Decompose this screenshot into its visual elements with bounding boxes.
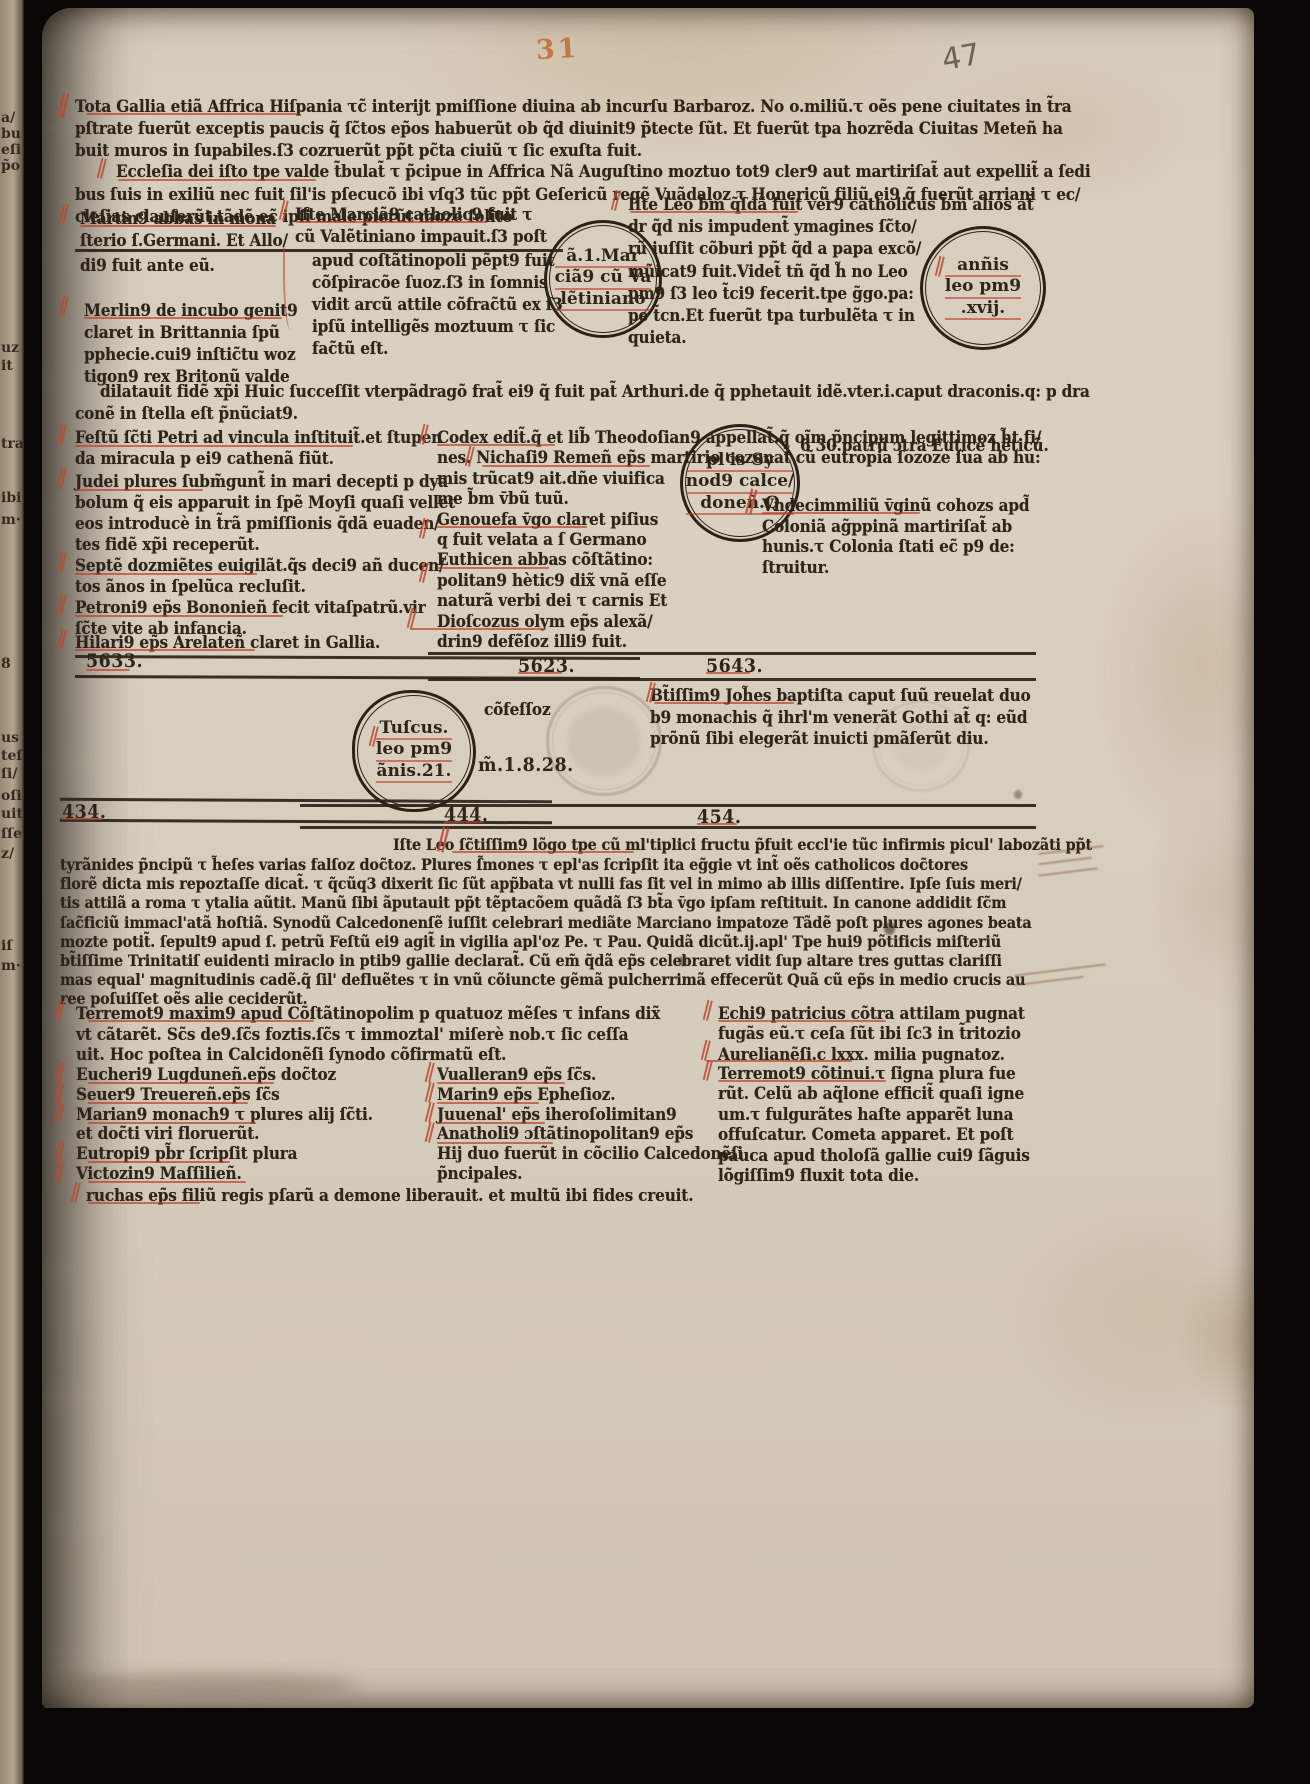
edge-fragment: ibi: [1, 490, 23, 506]
rubric-underline: [697, 823, 737, 825]
text-line: Coloniã ag̃ppinã martiriſat̃ ab: [762, 517, 1029, 538]
text-line: p̃ncipales.: [437, 1165, 743, 1185]
text-line: florẽ dicta mis repoztaſſe dicat̃. τ q̃c…: [60, 874, 1032, 893]
text-line: bolum q̃ eis apparuit in ſpẽ Moyſi quaſi…: [75, 493, 455, 514]
entry-undecim-milium: Vndecimmiliũ v̄ginũ cohozs apd̃Coloniã a…: [762, 496, 1029, 578]
edge-fragment: tra: [1, 436, 23, 452]
text-line: hunis.τ Colonia ſtati ec̃ p9 de:: [762, 537, 1029, 558]
text-line: mozte potit̃. ſepult9 apud ſ. petrũ Feſt…: [60, 932, 1032, 951]
text-line: ipſũ intelligẽs moztuum τ ſic: [312, 316, 563, 338]
text-line: bt̃iſſime Trinitatiſ euidenti miraclo in…: [60, 951, 1032, 970]
rubric-underline: [88, 1161, 230, 1163]
entry-festum: Feſtũ ſc̃ti Petri ad vincula inſtituit̃.…: [75, 428, 442, 470]
edge-fragment: ſi/: [1, 766, 23, 782]
text-line: ſtruitur.: [762, 558, 1029, 579]
rubric-underline: [437, 1122, 545, 1124]
rubric-underline: [118, 179, 316, 181]
roundel-marcianus-text: ã.1.Marciã9 cũ Valẽtiniano: [555, 247, 652, 312]
text-line: pſtrate fuerũt exceptis paucis q̃ ſc̃tos…: [75, 118, 1071, 140]
rubric-underline: [482, 465, 650, 467]
edge-fragment: a/: [1, 110, 23, 126]
marginal-handwriting: [1014, 960, 1106, 982]
text-line: eos introducè in t̃rã pmiſſionis q̃dã eu…: [75, 514, 455, 535]
rubric-underline: [75, 445, 353, 447]
text-line: fugãs eũ.τ ceſa ſũt ibi ſc3 in t̃ritozio: [718, 1024, 1025, 1044]
entry-echius: Echi9 patricius cõtra attilam pugnatfugã…: [718, 1004, 1025, 1065]
text-line: ãnis.21.: [376, 762, 452, 784]
column-merlinus: Merlin9 de incubo genit9claret in Britta…: [84, 300, 298, 388]
rubric-underline: [410, 628, 546, 630]
column-marcianus-top: Iſte Marciã9 catholic9 fuit τcũ Valẽtini…: [295, 204, 547, 248]
text-line: da miracula p ei9 cathenã fiũt.: [75, 449, 442, 470]
scanned-incunabulum-page: a/ bu eſi p̃o uz it tra ibi m· 8 us teſ …: [0, 0, 1310, 1784]
rubric-underline: [452, 851, 634, 853]
label-confessor: cõfeſſoz: [484, 700, 550, 720]
timeline-rule: [300, 826, 1036, 829]
edge-fragment: m·: [1, 958, 23, 974]
edge-fragment: it: [1, 358, 23, 374]
text-line: offuſcatur. Cometa apparet. Et poſt: [718, 1125, 1030, 1145]
rubric-underline: [762, 512, 920, 514]
entry-judei: Judei plures ſubm̃gunt̃ in mari decepti …: [75, 472, 455, 556]
column-marcianus-bottom: apud coſtãtinopoli pẽpt9 fuitcõſpiracõe …: [312, 250, 563, 360]
entry-terremotus-signa: Terremot9 cõtinui.τ ſigna plura fuerũt. …: [718, 1064, 1030, 1186]
text-line: anñis: [945, 256, 1021, 278]
text-line: Bt̃iſſim9 Joh̃es baptiſta caput ſuũ reue…: [650, 686, 1031, 708]
text-line: pauca apud tholoſã gallie cui9 ſãguis: [718, 1146, 1030, 1166]
rubric-underline: [75, 649, 255, 651]
edge-fragment: oſi: [1, 788, 23, 804]
text-line: cõſpiracõe ſuoz.ſ3 in ſomnis: [312, 272, 563, 294]
rubric-underline: [62, 818, 102, 820]
roundel-synod-text: pl'is Synod9 calce/doneñ.Q: [686, 451, 795, 516]
column-martinus: Martin9 abbas in monaſterio ſ.Germani. E…: [80, 208, 288, 252]
entry-septem-dormientes: Septẽ dozmiẽtes euigilãt.q̃s deci9 añ du…: [75, 556, 444, 598]
rubric-underline: [437, 567, 549, 569]
edge-fragment: teſ: [1, 748, 23, 764]
edge-fragment: eſi: [1, 142, 23, 158]
edge-fragment: ſſet: [1, 826, 23, 842]
text-line: Tuſcus.: [376, 719, 452, 741]
rubric-underline: [444, 821, 484, 823]
edge-fragment: p̃o: [1, 158, 23, 174]
rubric-underline: [437, 444, 555, 446]
rubric-underline: [88, 1202, 200, 1204]
text-line: et doc̃ti viri floruerũt.: [76, 1125, 373, 1145]
rubric-underline: [75, 489, 203, 491]
rubric-underline: [437, 1102, 539, 1104]
paragraph-baptista: Bt̃iſſim9 Joh̃es baptiſta caput ſuũ reue…: [650, 686, 1031, 751]
rubric-underline: [88, 1020, 314, 1022]
text-line: Aurelianẽſi.c lxxx. milia pugnatoz.: [718, 1045, 1025, 1065]
edge-fragment: uz: [1, 340, 23, 356]
text-line: ſac̃ficiũ immacl'atã hoſtiã. Synodũ Calc…: [60, 913, 1032, 932]
paragraph-leo-magnus: tyrãnides p̃ncipũ τ h̃eſes varias falſoz…: [60, 855, 1032, 1009]
text-line: b9 monachis q̃ ihrl'm venerãt Gothi at̃ …: [650, 708, 1031, 730]
text-line: buit muros in ſupabiles.ſ3 cozruerũt pp̃…: [75, 140, 1071, 162]
rubric-underline: [88, 1181, 246, 1183]
edge-fragment: bu: [1, 126, 23, 142]
line-dilatauit-2: conẽ in ſtella eſt p̃nũciat9.: [75, 404, 298, 424]
text-line: ã.1.Mar: [555, 247, 652, 269]
entry-terremotus-constantinople: Terremot9 maxim9 apud Cõſtãtinopolim p q…: [76, 1004, 660, 1066]
column-martinus-after: di9 fuit ante eũ.: [80, 256, 215, 276]
rubric-underline: [296, 221, 488, 223]
rubric-underline: [88, 1102, 248, 1104]
rubric-underline: [654, 702, 794, 704]
rubric-underline: [88, 1082, 274, 1084]
text-line: vt cãtarẽt. Sc̃s de9.ſc̃s foztis.ſc̃s τ …: [76, 1025, 660, 1046]
folio-number-pencil: 47: [939, 37, 983, 78]
text-line: tyrãnides p̃ncipũ τ h̃eſes varias falſoz…: [60, 855, 1032, 874]
rubric-underline: [80, 225, 276, 227]
text-line: prõnũ ſibi elegerãt inuicti pmãſerũt diu…: [650, 729, 1031, 751]
text-line: uit. Hoc poſtea in Calcidonẽſi ſynodo cõ…: [76, 1045, 660, 1066]
roundel-leo-years-text: anñisleo pm9.xvij.: [945, 256, 1021, 321]
roundel-marcianus: ã.1.Marciã9 cũ Valẽtiniano: [544, 220, 662, 338]
edge-fragment: us: [1, 730, 23, 746]
roundel-leo-years: anñisleo pm9.xvij.: [920, 226, 1046, 350]
line-630-patrum: 6 30.patrũ ɔtra Euticẽ hẽticũ.: [800, 436, 1049, 456]
edge-fragment: z/: [1, 846, 23, 862]
marginal-handwriting: [1038, 840, 1104, 873]
column-rule: [75, 249, 563, 252]
text-line: tes fidẽ xp̃i receperũt.: [75, 535, 455, 556]
text-line: claret in Brittannia ſpũ: [84, 322, 298, 344]
text-line: lẽtiniano: [555, 290, 652, 312]
text-line: rũt. Celũ ab aq̃lone efficit̃ quaſi igne: [718, 1084, 1030, 1104]
text-line: tis attilã a roma τ ytalia aũtit. Manũ ſ…: [60, 893, 1032, 912]
rubric-underline: [88, 1122, 256, 1124]
text-line: ciã9 cũ Va: [555, 268, 652, 290]
text-line: drin9 defẽſoz illi9 fuit.: [437, 632, 1041, 652]
edge-fragment: iſ: [1, 938, 23, 954]
rubric-underline: [718, 1080, 886, 1082]
edge-fragment: m·: [1, 512, 23, 528]
opposite-page-edge: a/ bu eſi p̃o uz it tra ibi m· 8 us teſ …: [0, 0, 24, 1784]
text-line: vidit arcũ attile cõfrac̃tũ ex ſ3: [312, 294, 563, 316]
text-line: lõgiſſim9 fluxit tota die.: [718, 1166, 1030, 1186]
text-line: leo pm9: [376, 740, 452, 762]
text-line: Hij duo fuerũt in cõcilio Calcedonẽſi: [437, 1145, 743, 1165]
text-line: cũ Valẽtiniano impauit.ſ3 poſt: [295, 226, 547, 248]
rubric-underline: [75, 573, 257, 575]
rubric-underline: [437, 1142, 553, 1144]
text-line: leo pm9: [945, 277, 1021, 299]
text-line: um.τ fulgurãtes haſte apparẽt luna: [718, 1105, 1030, 1125]
text-line: nod9 calce/: [686, 472, 795, 494]
text-line: .xvij.: [945, 299, 1021, 321]
leaf-number-red: 31: [535, 33, 580, 66]
rubric-underline: [706, 672, 750, 674]
rubric-underline: [86, 669, 130, 671]
rubric-underline: [75, 615, 283, 617]
text-line: naturã verbi dei τ carnis Et: [437, 591, 1041, 611]
text-line: fac̃tũ eſt.: [312, 338, 563, 360]
rubric-underline: [630, 211, 798, 213]
roundel-synod-chalcedon: pl'is Synod9 calce/doneñ.Q: [680, 424, 800, 542]
text-line: tos ãnos in ſpelũca recluſit.: [75, 577, 444, 598]
rubric-underline: [437, 526, 587, 528]
edge-fragment: 8: [1, 656, 23, 672]
text-line: mas equal' magnitudinis cadẽ.q̃ ſil' def…: [60, 970, 1032, 989]
rubric-underline: [437, 1082, 565, 1084]
rubric-underline: [718, 1020, 886, 1022]
edge-fragment: uit·: [1, 806, 23, 822]
roundel-tuscus-leo: Tuſcus.leo pm9ãnis.21.: [352, 690, 476, 812]
rubric-underline: [86, 113, 298, 115]
paragraph-gallia: Tota Gallia etiã Affrica Hiſpania τc̃ in…: [75, 96, 1071, 162]
roundel-tuscus-text: Tuſcus.leo pm9ãnis.21.: [376, 719, 452, 784]
text-line: pl'is Sy: [686, 451, 795, 473]
rubric-underline: [84, 317, 282, 319]
text-line: pphecie.cui9 inſtic̃tu woz: [84, 344, 298, 366]
line-dilatauit-1: dilatauit fidẽ xp̃i Huic ſucceſſit vterp…: [100, 382, 1090, 402]
text-line: apud coſtãtinopoli pẽpt9 fuit: [312, 250, 563, 272]
rubric-underline: [706, 1060, 852, 1062]
rubric-underline: [518, 672, 562, 674]
timeline-rule: [428, 678, 1036, 681]
